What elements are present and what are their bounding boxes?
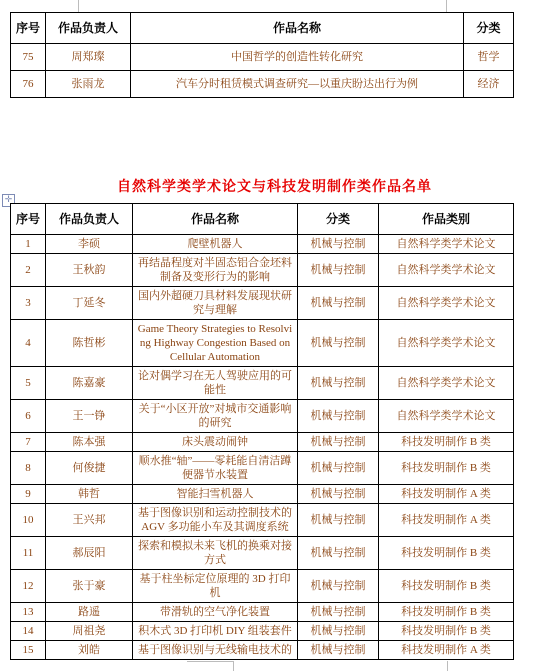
table-cell: 科技发明制作 A 类 [379,641,514,660]
table-cell: 顺水推“轴”——零耗能自清洁蹲便器节水装置 [133,452,298,485]
table-cell: 王秋韵 [46,254,133,287]
column-header: 序号 [11,204,46,235]
text-boundary-mark [447,661,448,671]
table-cell: 机械与控制 [298,433,379,452]
table-row: 2王秋韵再结晶程度对半固态铝合金坯料制备及变形行为的影响机械与控制自然科学类学术… [11,254,514,287]
table-cell: 11 [11,537,46,570]
document-page: { "document": { "section_title": "自然科学类学… [0,0,549,671]
table-cell: 刘皓 [46,641,133,660]
table-row: 8何俊捷顺水推“轴”——零耗能自清洁蹲便器节水装置机械与控制科技发明制作 B 类 [11,452,514,485]
table-cell: 再结晶程度对半固态铝合金坯料制备及变形行为的影响 [133,254,298,287]
header-row: 序号作品负责人作品名称分类作品类别 [11,204,514,235]
table-row: 11郝辰阳探索和模拟未来飞机的换乘对接方式机械与控制科技发明制作 B 类 [11,537,514,570]
column-header: 分类 [464,13,514,44]
column-header: 作品类别 [379,204,514,235]
table-cell: 科技发明制作 A 类 [379,485,514,504]
table-row: 4陈哲彬Game Theory Strategies to Resolving … [11,320,514,367]
text-boundary-mark [78,0,79,12]
table-cell: 14 [11,622,46,641]
table-cell: 王一铮 [46,400,133,433]
table-cell: 9 [11,485,46,504]
table-cell: 国内外超硬刀具材料发展现状研究与理解 [133,287,298,320]
table-cell: 王兴邦 [46,504,133,537]
table-cell: 关于“小区开放”对城市交通影响的研究 [133,400,298,433]
text-boundary-mark [446,0,447,12]
table-cell: 周祖尧 [46,622,133,641]
table-cell: 75 [11,44,46,71]
table-cell: 机械与控制 [298,603,379,622]
table-cell: 机械与控制 [298,400,379,433]
column-header: 分类 [298,204,379,235]
table-cell: 10 [11,504,46,537]
table-cell: 基于图像识别和运动控制技术的 AGV 多功能小车及其调度系统 [133,504,298,537]
table-cell: 科技发明制作 B 类 [379,570,514,603]
table-row: 10王兴邦基于图像识别和运动控制技术的 AGV 多功能小车及其调度系统机械与控制… [11,504,514,537]
table-row: 3丁延冬国内外超硬刀具材料发展现状研究与理解机械与控制自然科学类学术论文 [11,287,514,320]
column-header: 作品负责人 [46,13,131,44]
table-row: 76张雨龙汽车分时租赁模式调查研究—以重庆盼达出行为例经济 [11,71,514,98]
table-cell: 机械与控制 [298,367,379,400]
table-cell: Game Theory Strategies to Resolving High… [133,320,298,367]
table-cell: 6 [11,400,46,433]
table-cell: 科技发明制作 B 类 [379,622,514,641]
table-cell: 4 [11,320,46,367]
table-cell: 机械与控制 [298,452,379,485]
table-cell: 汽车分时租赁模式调查研究—以重庆盼达出行为例 [131,71,464,98]
table-row: 7陈本强床头震动闹钟机械与控制科技发明制作 B 类 [11,433,514,452]
header-row: 序号作品负责人作品名称分类 [11,13,514,44]
table-cell: 探索和模拟未来飞机的换乘对接方式 [133,537,298,570]
table-cell: 韩哲 [46,485,133,504]
table-cell: 陈本强 [46,433,133,452]
table-cell: 基于柱坐标定位原理的 3D 打印机 [133,570,298,603]
table-cell: 陈哲彬 [46,320,133,367]
table-cell: 自然科学类学术论文 [379,400,514,433]
table-row: 12张于豪基于柱坐标定位原理的 3D 打印机机械与控制科技发明制作 B 类 [11,570,514,603]
table-cell: 积木式 3D 打印机 DIY 组装套件 [133,622,298,641]
table-cell: 自然科学类学术论文 [379,320,514,367]
table-cell: 机械与控制 [298,235,379,254]
table-cell: 自然科学类学术论文 [379,367,514,400]
table-cell: 床头震动闹钟 [133,433,298,452]
table-row: 6王一铮关于“小区开放”对城市交通影响的研究机械与控制自然科学类学术论文 [11,400,514,433]
table-cell: 带滑轨的空气净化装置 [133,603,298,622]
table-cell: 自然科学类学术论文 [379,235,514,254]
table-cell: 5 [11,367,46,400]
table-row: 5陈嘉豪论对偶学习在无人驾驶应用的可能性机械与控制自然科学类学术论文 [11,367,514,400]
table-row: 75周郑璨中国哲学的创造性转化研究哲学 [11,44,514,71]
table-cell: 科技发明制作 B 类 [379,603,514,622]
table-cell: 爬壁机器人 [133,235,298,254]
table-row: 14周祖尧积木式 3D 打印机 DIY 组装套件机械与控制科技发明制作 B 类 [11,622,514,641]
text-boundary-mark [187,661,234,671]
table-cell: 机械与控制 [298,320,379,367]
table-cell: 路遥 [46,603,133,622]
table-cell: 13 [11,603,46,622]
table-cell: 科技发明制作 A 类 [379,504,514,537]
table-cell: 经济 [464,71,514,98]
table-cell: 8 [11,452,46,485]
table-row: 1李硕爬壁机器人机械与控制自然科学类学术论文 [11,235,514,254]
table-row: 13路遥带滑轨的空气净化装置机械与控制科技发明制作 B 类 [11,603,514,622]
table-cell: 论对偶学习在无人驾驶应用的可能性 [133,367,298,400]
table-cell: 自然科学类学术论文 [379,254,514,287]
table-cell: 郝辰阳 [46,537,133,570]
column-header: 作品名称 [131,13,464,44]
table-cell: 自然科学类学术论文 [379,287,514,320]
table-cell: 机械与控制 [298,485,379,504]
column-header: 序号 [11,13,46,44]
table-cell: 15 [11,641,46,660]
table-cell: 机械与控制 [298,504,379,537]
table-cell: 3 [11,287,46,320]
table-cell: 7 [11,433,46,452]
works-table-science: 序号作品负责人作品名称分类作品类别1李硕爬壁机器人机械与控制自然科学类学术论文2… [10,203,514,660]
table-cell: 机械与控制 [298,570,379,603]
table-cell: 李硕 [46,235,133,254]
table-cell: 张于豪 [46,570,133,603]
table-row: 15刘皓基于图像识别与无线输电技术的机械与控制科技发明制作 A 类 [11,641,514,660]
table-cell: 机械与控制 [298,254,379,287]
table-cell: 科技发明制作 B 类 [379,537,514,570]
table-cell: 科技发明制作 B 类 [379,433,514,452]
table-cell: 12 [11,570,46,603]
table-cell: 哲学 [464,44,514,71]
table-cell: 陈嘉豪 [46,367,133,400]
column-header: 作品负责人 [46,204,133,235]
table-cell: 智能扫雪机器人 [133,485,298,504]
table-cell: 机械与控制 [298,641,379,660]
table-cell: 何俊捷 [46,452,133,485]
table-cell: 张雨龙 [46,71,131,98]
table-cell: 2 [11,254,46,287]
table-cell: 1 [11,235,46,254]
works-table-humanities: 序号作品负责人作品名称分类75周郑璨中国哲学的创造性转化研究哲学76张雨龙汽车分… [10,12,514,98]
table-cell: 机械与控制 [298,537,379,570]
table-cell: 丁延冬 [46,287,133,320]
table-row: 9韩哲智能扫雪机器人机械与控制科技发明制作 A 类 [11,485,514,504]
section-title: 自然科学类学术论文与科技发明制作类作品名单 [0,176,549,196]
table-cell: 机械与控制 [298,622,379,641]
table-cell: 76 [11,71,46,98]
table-cell: 周郑璨 [46,44,131,71]
table-cell: 基于图像识别与无线输电技术的 [133,641,298,660]
table-cell: 科技发明制作 B 类 [379,452,514,485]
table-cell: 机械与控制 [298,287,379,320]
column-header: 作品名称 [133,204,298,235]
table-cell: 中国哲学的创造性转化研究 [131,44,464,71]
